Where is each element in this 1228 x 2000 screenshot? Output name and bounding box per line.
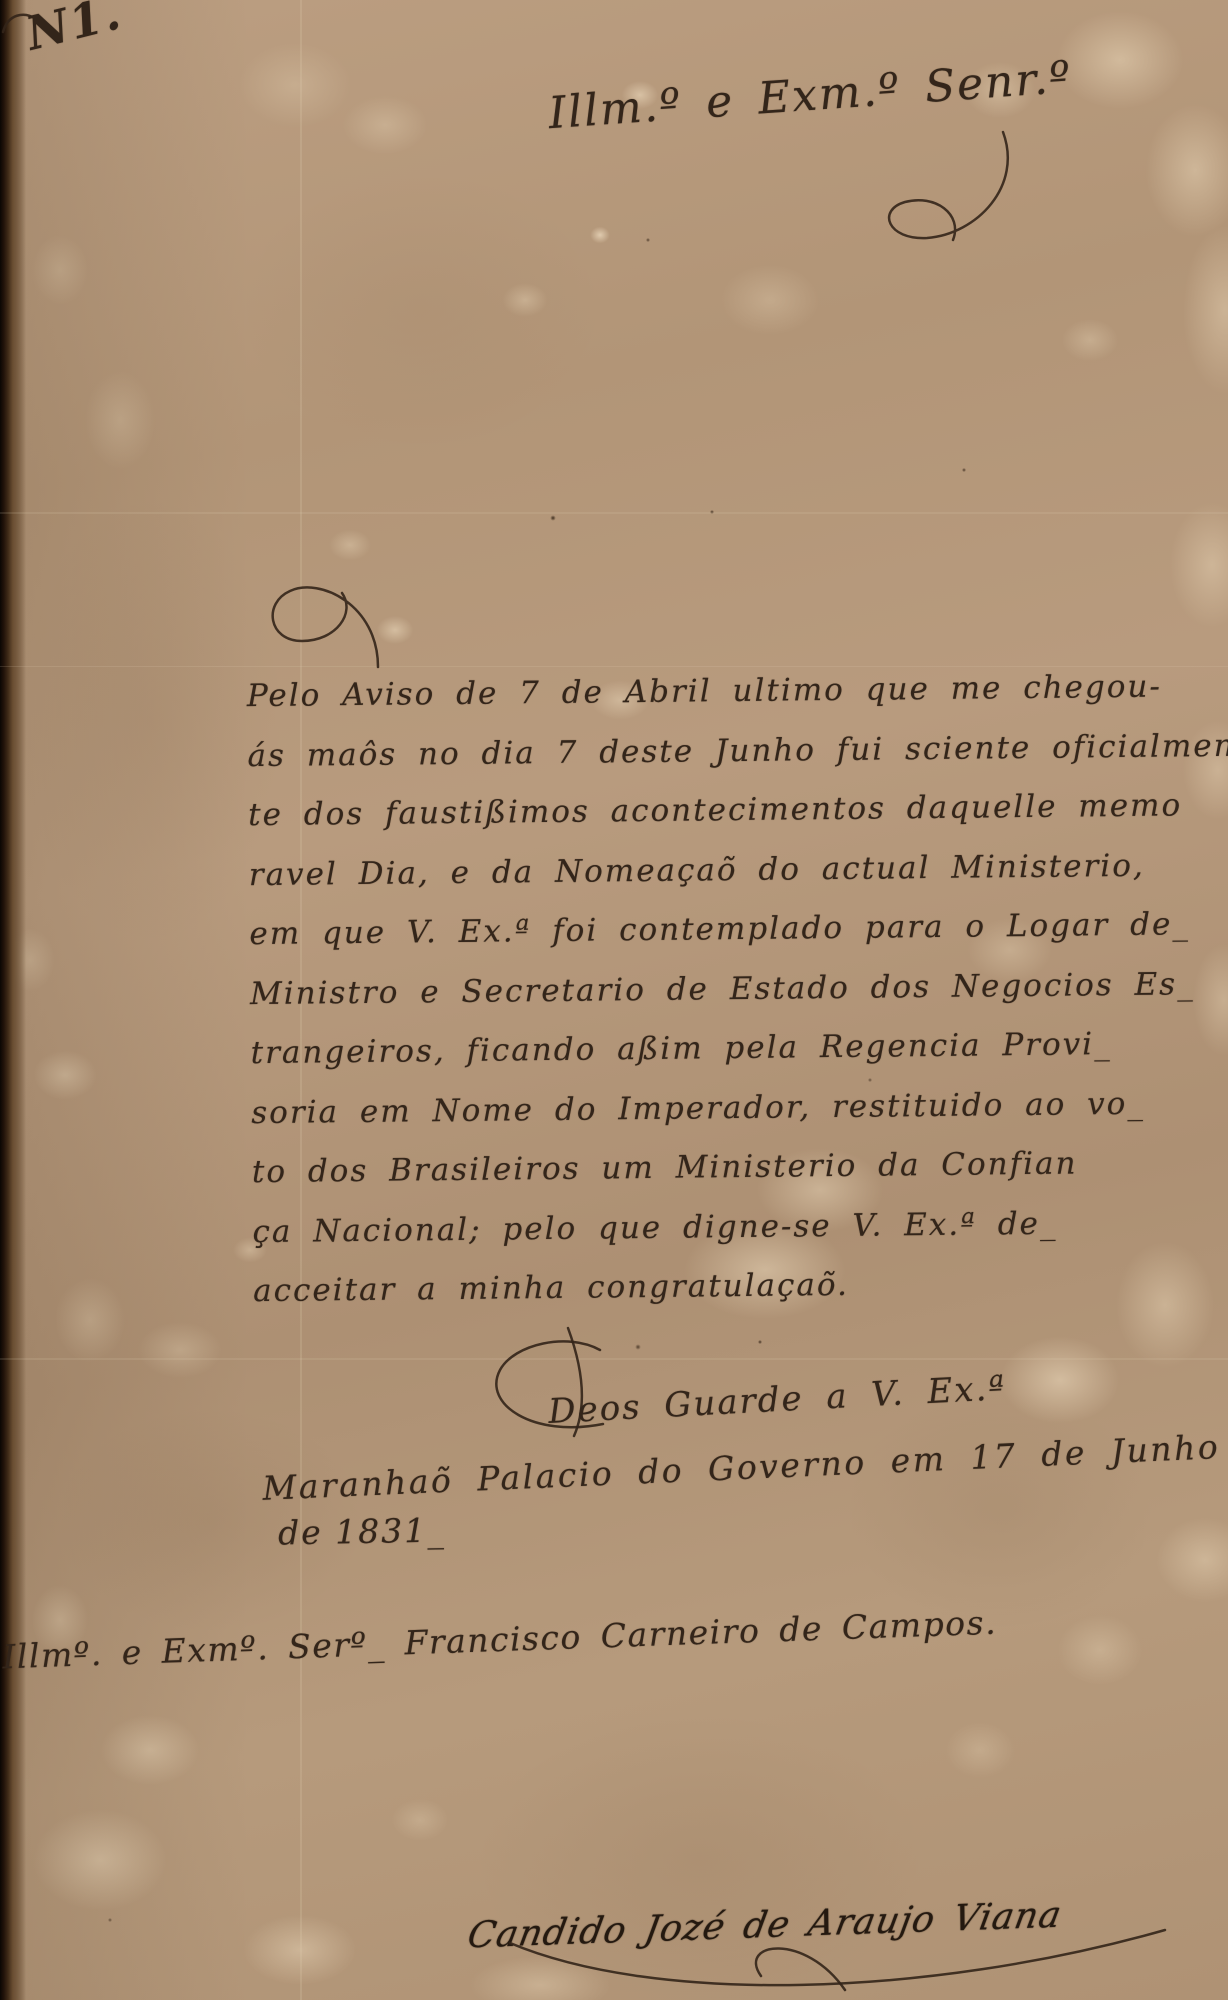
salutation: Illm.º e Exm.º Senr.º (547, 52, 1074, 139)
fold-crease-horizontal-3 (0, 1358, 1228, 1360)
letter-line: acceitar a minha congratulaçaõ. (253, 1252, 1228, 1322)
dateline-place: Maranhaõ Palacio do Governo em 17 de Jun… (262, 1427, 1221, 1508)
letter-line: soria em Nome do Imperador, restituido a… (251, 1073, 1228, 1143)
letter-line: ça Nacional; pelo que digne-se V. Ex.ª d… (252, 1192, 1228, 1262)
initial-p-flourish-icon (258, 575, 398, 675)
fold-crease-horizontal-1 (0, 512, 1228, 514)
letter-line: trangeiros, ficando aßim pela Regencia P… (250, 1014, 1228, 1084)
binding-edge (0, 0, 26, 2000)
manuscript-scan-page: N1. Illm.º e Exm.º Senr.º Pelo Aviso de … (0, 0, 1228, 2000)
letter-body: Pelo Aviso de 7 de Abril ultimo que me c… (247, 657, 1228, 1322)
dateline-year: de 1831_ (278, 1511, 446, 1553)
letter-line: te dos faustißimos acontecimentos daquel… (248, 776, 1228, 846)
letter-line: ás maôs no dia 7 deste Junho fui sciente… (247, 716, 1228, 786)
letter-line: ravel Dia, e da Nomeaçaõ do actual Minis… (248, 835, 1228, 905)
letter-line: Pelo Aviso de 7 de Abril ultimo que me c… (247, 657, 1228, 727)
closing-line: Deos Guarde a V. Ex.ª (547, 1368, 1007, 1432)
left-margin-shading (0, 0, 250, 2000)
salutation-descender-flourish-icon (855, 128, 1025, 248)
letter-line: Ministro e Secretario de Estado dos Nego… (250, 954, 1228, 1024)
letter-line: em que V. Ex.ª foi contemplado para o Lo… (249, 895, 1228, 965)
signature: Candido Jozé de Araujo Viana (465, 1895, 1066, 1957)
letter-line: to dos Brasileiros um Ministerio da Conf… (252, 1133, 1228, 1203)
